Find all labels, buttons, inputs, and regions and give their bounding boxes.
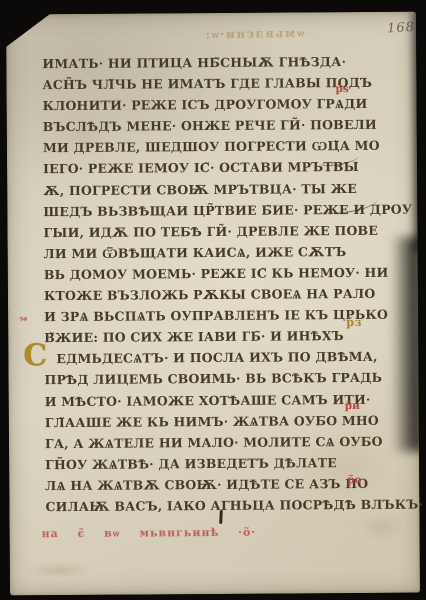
parchment-stain — [24, 562, 94, 578]
text-line: И МѢСТО· ІАМОЖЕ ХОТѢАШЕ САМЪ ИТИ· — [45, 388, 361, 411]
text-line: ВЬ ДОМОУ МОЕМЬ· РЕЖЕ ІС̃ КЬ НЕМОУ· НИ — [44, 262, 360, 285]
text-line: ГЛ̃ААШЕ ЖЕ КЬ НИМЪ· ЖѦТВА ОУБО МНО — [45, 410, 361, 433]
text-line: СИЛАѬ ВАСЪ, ІАКО АГНЬЦА ПОСРѢДѢ ВЛЪКЪ· — [45, 494, 361, 517]
bleedthrough-header: ѡмьвлєни·ѡ: — [184, 26, 324, 43]
parchment-stain — [359, 512, 405, 542]
manuscript-page: ѡмьвлєни·ѡ: 168 ИМАТЬ· НИ ПТИЦА НБ̃СНЫѪ … — [6, 12, 420, 596]
parchment-stain — [299, 432, 389, 503]
margin-section-number: р̃и — [345, 400, 360, 412]
ink-mark — [219, 510, 223, 524]
rubric-footer: на є̃ вѡ мьвнгьинѣ ·о̃· — [42, 526, 257, 540]
text-line: ГЫИ, ИДѪ ПО ТЕБѢ ГИ̃· ДРЕВЛЕ ЖЕ ПОВЕ — [43, 220, 359, 243]
text-line: КТОЖЕ ВЪЗЛОЖЬ РѪКЫ СВОЕѦ НА РАЛО — [44, 283, 360, 306]
text-line: ІЕГО· РЕЖЕ ІЕМОУ ІС̃· ОСТАВИ МРЪТВЫ — [43, 156, 359, 179]
text-line: И ЗРѦ ВЬСПѦТЬ ОУПРАВЛЕНЪ ІЕ КЪ ЦРЬКО — [44, 304, 360, 327]
text-line: ПРѢД ЛИЦЕМЬ СВОИМЬ· ВЬ ВСѢКЪ ГРАДЬ — [44, 367, 360, 390]
margin-zachalo-mark: за — [17, 315, 29, 322]
text-line: ЛИ МИ ѾВѢЩАТИ КАИСѦ, ИЖЕ СѪТЪ — [44, 241, 360, 264]
text-line: ЕДМЬДЕСѦТЪ· И ПОСЛА ИХЪ ПО ДВѢМА, — [44, 346, 360, 369]
photo-background: ѡмьвлєни·ѡ: 168 ИМАТЬ· НИ ПТИЦА НБ̃СНЫѪ … — [0, 0, 426, 600]
margin-section-number-gold: р̃з — [346, 315, 361, 329]
text-line: В̃ЖИЕ: ПО СИХ ЖЕ ІАВИ ГЬ̃· И ИНѢХЪ — [44, 325, 360, 348]
gold-drop-cap-initial: С — [23, 341, 47, 371]
text-line: ШЕДЪ ВЬЗВѢЩАИ ЦР̃ТВИЕ Б̃ИЕ· РЕЖЕ И ДРОУ — [43, 199, 359, 222]
page-edge-shadow — [391, 237, 423, 452]
parchment-stain — [47, 109, 117, 159]
text-line: Ѫ, ПОГРЕСТИ СВОѬ МРЪТВЦА· ТЫ ЖЕ — [43, 178, 359, 201]
margin-section-number: р̃ѕ — [335, 83, 348, 95]
page-edge-shadow — [408, 12, 422, 252]
text-line: АСН̃Ъ ЧЛ̃ЧЬ НЕ ИМАТЪ ГДЕ ГЛАВЫ ПОДЪ — [42, 72, 358, 95]
text-line: ИМАТЬ· НИ ПТИЦА НБ̃СНЫѪ ГНѢЗДА· — [42, 51, 358, 74]
